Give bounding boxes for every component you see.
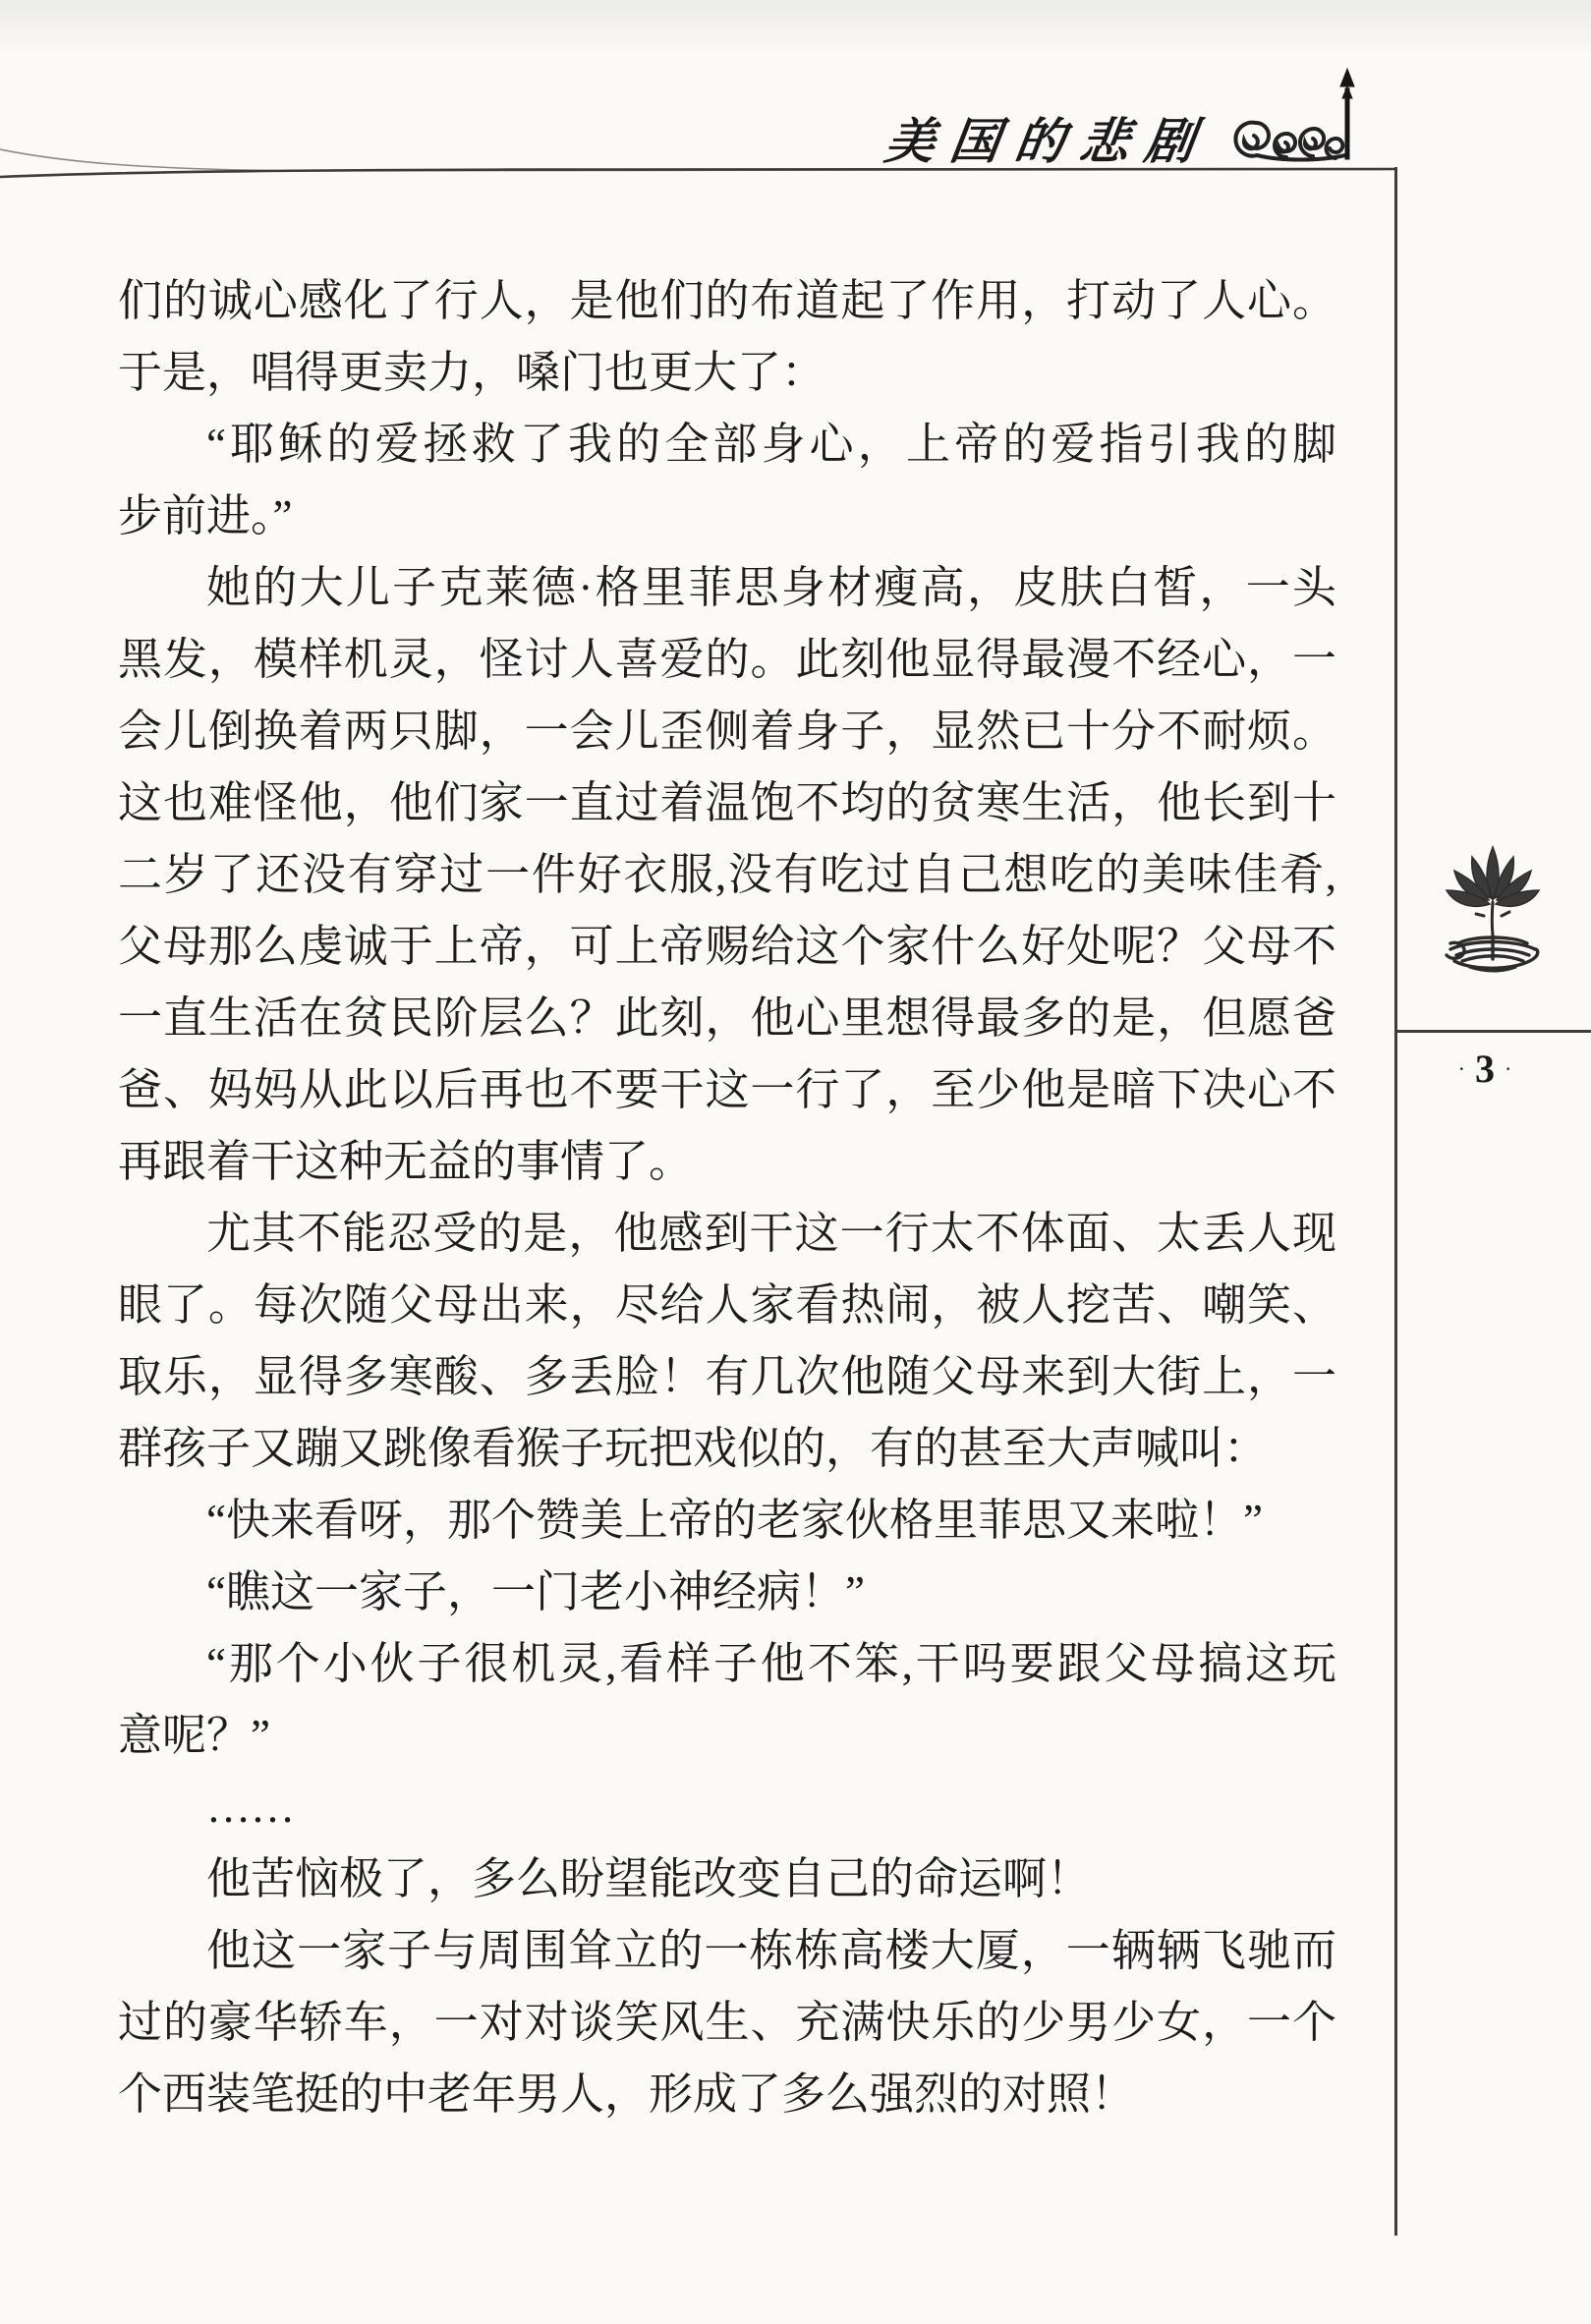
page-number: ·3·: [1396, 1040, 1573, 1099]
body-text: 们的诚心感化了行人，是他们的布道起了作用，打动了人心。于是，唱得更卖力，嗓门也更…: [118, 265, 1336, 2130]
scroll-flourish-icon: [1222, 61, 1359, 171]
right-vertical-rule: [1394, 167, 1397, 2236]
text-line: ……: [118, 1772, 1336, 1843]
page-number-right-dot: ·: [1495, 1056, 1521, 1081]
text-line: 这也难怪他，他们家一直过着温饱不均的贫寒生活，他长到十: [118, 767, 1336, 839]
text-line: 黑发，模样机灵，怪讨人喜爱的。此刻他显得最漫不经心，一: [118, 624, 1336, 696]
text-line: 会儿倒换着两只脚，一会儿歪侧着身子，显然已十分不耐烦。: [118, 696, 1336, 767]
page-number-left-dot: ·: [1449, 1056, 1475, 1081]
page-number-value: 3: [1475, 1047, 1495, 1091]
text-line: 二岁了还没有穿过一件好衣服,没有吃过自己想吃的美味佳肴,: [118, 839, 1336, 911]
running-head-title: 美国的悲剧: [881, 102, 1245, 171]
text-line: 眼了。每次随父母出来，尽给人家看热闹，被人挖苦、嘲笑、: [118, 1270, 1336, 1341]
text-line: 一直生活在贫民阶层么？此刻，他心里想得最多的是，但愿爸: [118, 983, 1336, 1054]
text-line: 父母那么虔诚于上帝，可上帝赐给这个家什么好处呢？父母不: [118, 911, 1336, 983]
text-line: 他苦恼极了，多么盼望能改变自己的命运啊！: [118, 1843, 1336, 1915]
text-line: 群孩子又蹦又跳像看猴子玩把戏似的，有的甚至大声喊叫：: [118, 1413, 1336, 1485]
text-line: 意呢？”: [118, 1700, 1336, 1772]
text-line: 于是，唱得更卖力，嗓门也更大了：: [118, 337, 1336, 409]
text-line: 她的大儿子克莱德·格里菲思身材瘦高，皮肤白皙，一头: [118, 552, 1336, 624]
text-line: 尤其不能忍受的是，他感到干这一行太不体面、太丢人现: [118, 1198, 1336, 1270]
text-line: 爸、妈妈从此以后再也不要干这一行了，至少他是暗下决心不: [118, 1054, 1336, 1126]
text-line: “耶稣的爱拯救了我的全部身心，上帝的爱指引我的脚: [118, 409, 1336, 481]
book-page: 美国的悲剧: [0, 0, 1591, 2324]
text-line: 步前进。”: [118, 481, 1336, 552]
text-line: 再跟着干这种无益的事情了。: [118, 1126, 1336, 1198]
text-line: “快来看呀，那个赞美上帝的老家伙格里菲思又来啦！”: [118, 1485, 1336, 1557]
text-line: 们的诚心感化了行人，是他们的布道起了作用，打动了人心。: [118, 265, 1336, 337]
text-line: “那个小伙子很机灵,看样子他不笨,干吗要跟父母搞这玩: [118, 1628, 1336, 1700]
text-line: “瞧这一家子，一门老小神经病！”: [118, 1557, 1336, 1628]
text-line: 个西装笔挺的中老年男人，形成了多么强烈的对照！: [118, 2059, 1336, 2130]
lotus-icon: [1433, 833, 1553, 983]
margin-divider-line: [1396, 1030, 1591, 1033]
text-line: 过的豪华轿车，一对对谈笑风生、充满快乐的少男少女，一个: [118, 1987, 1336, 2059]
text-line: 他这一家子与周围耸立的一栋栋高楼大厦，一辆辆飞驰而: [118, 1915, 1336, 1987]
text-line: 取乐，显得多寒酸、多丢脸！有几次他随父母来到大街上，一: [118, 1341, 1336, 1413]
